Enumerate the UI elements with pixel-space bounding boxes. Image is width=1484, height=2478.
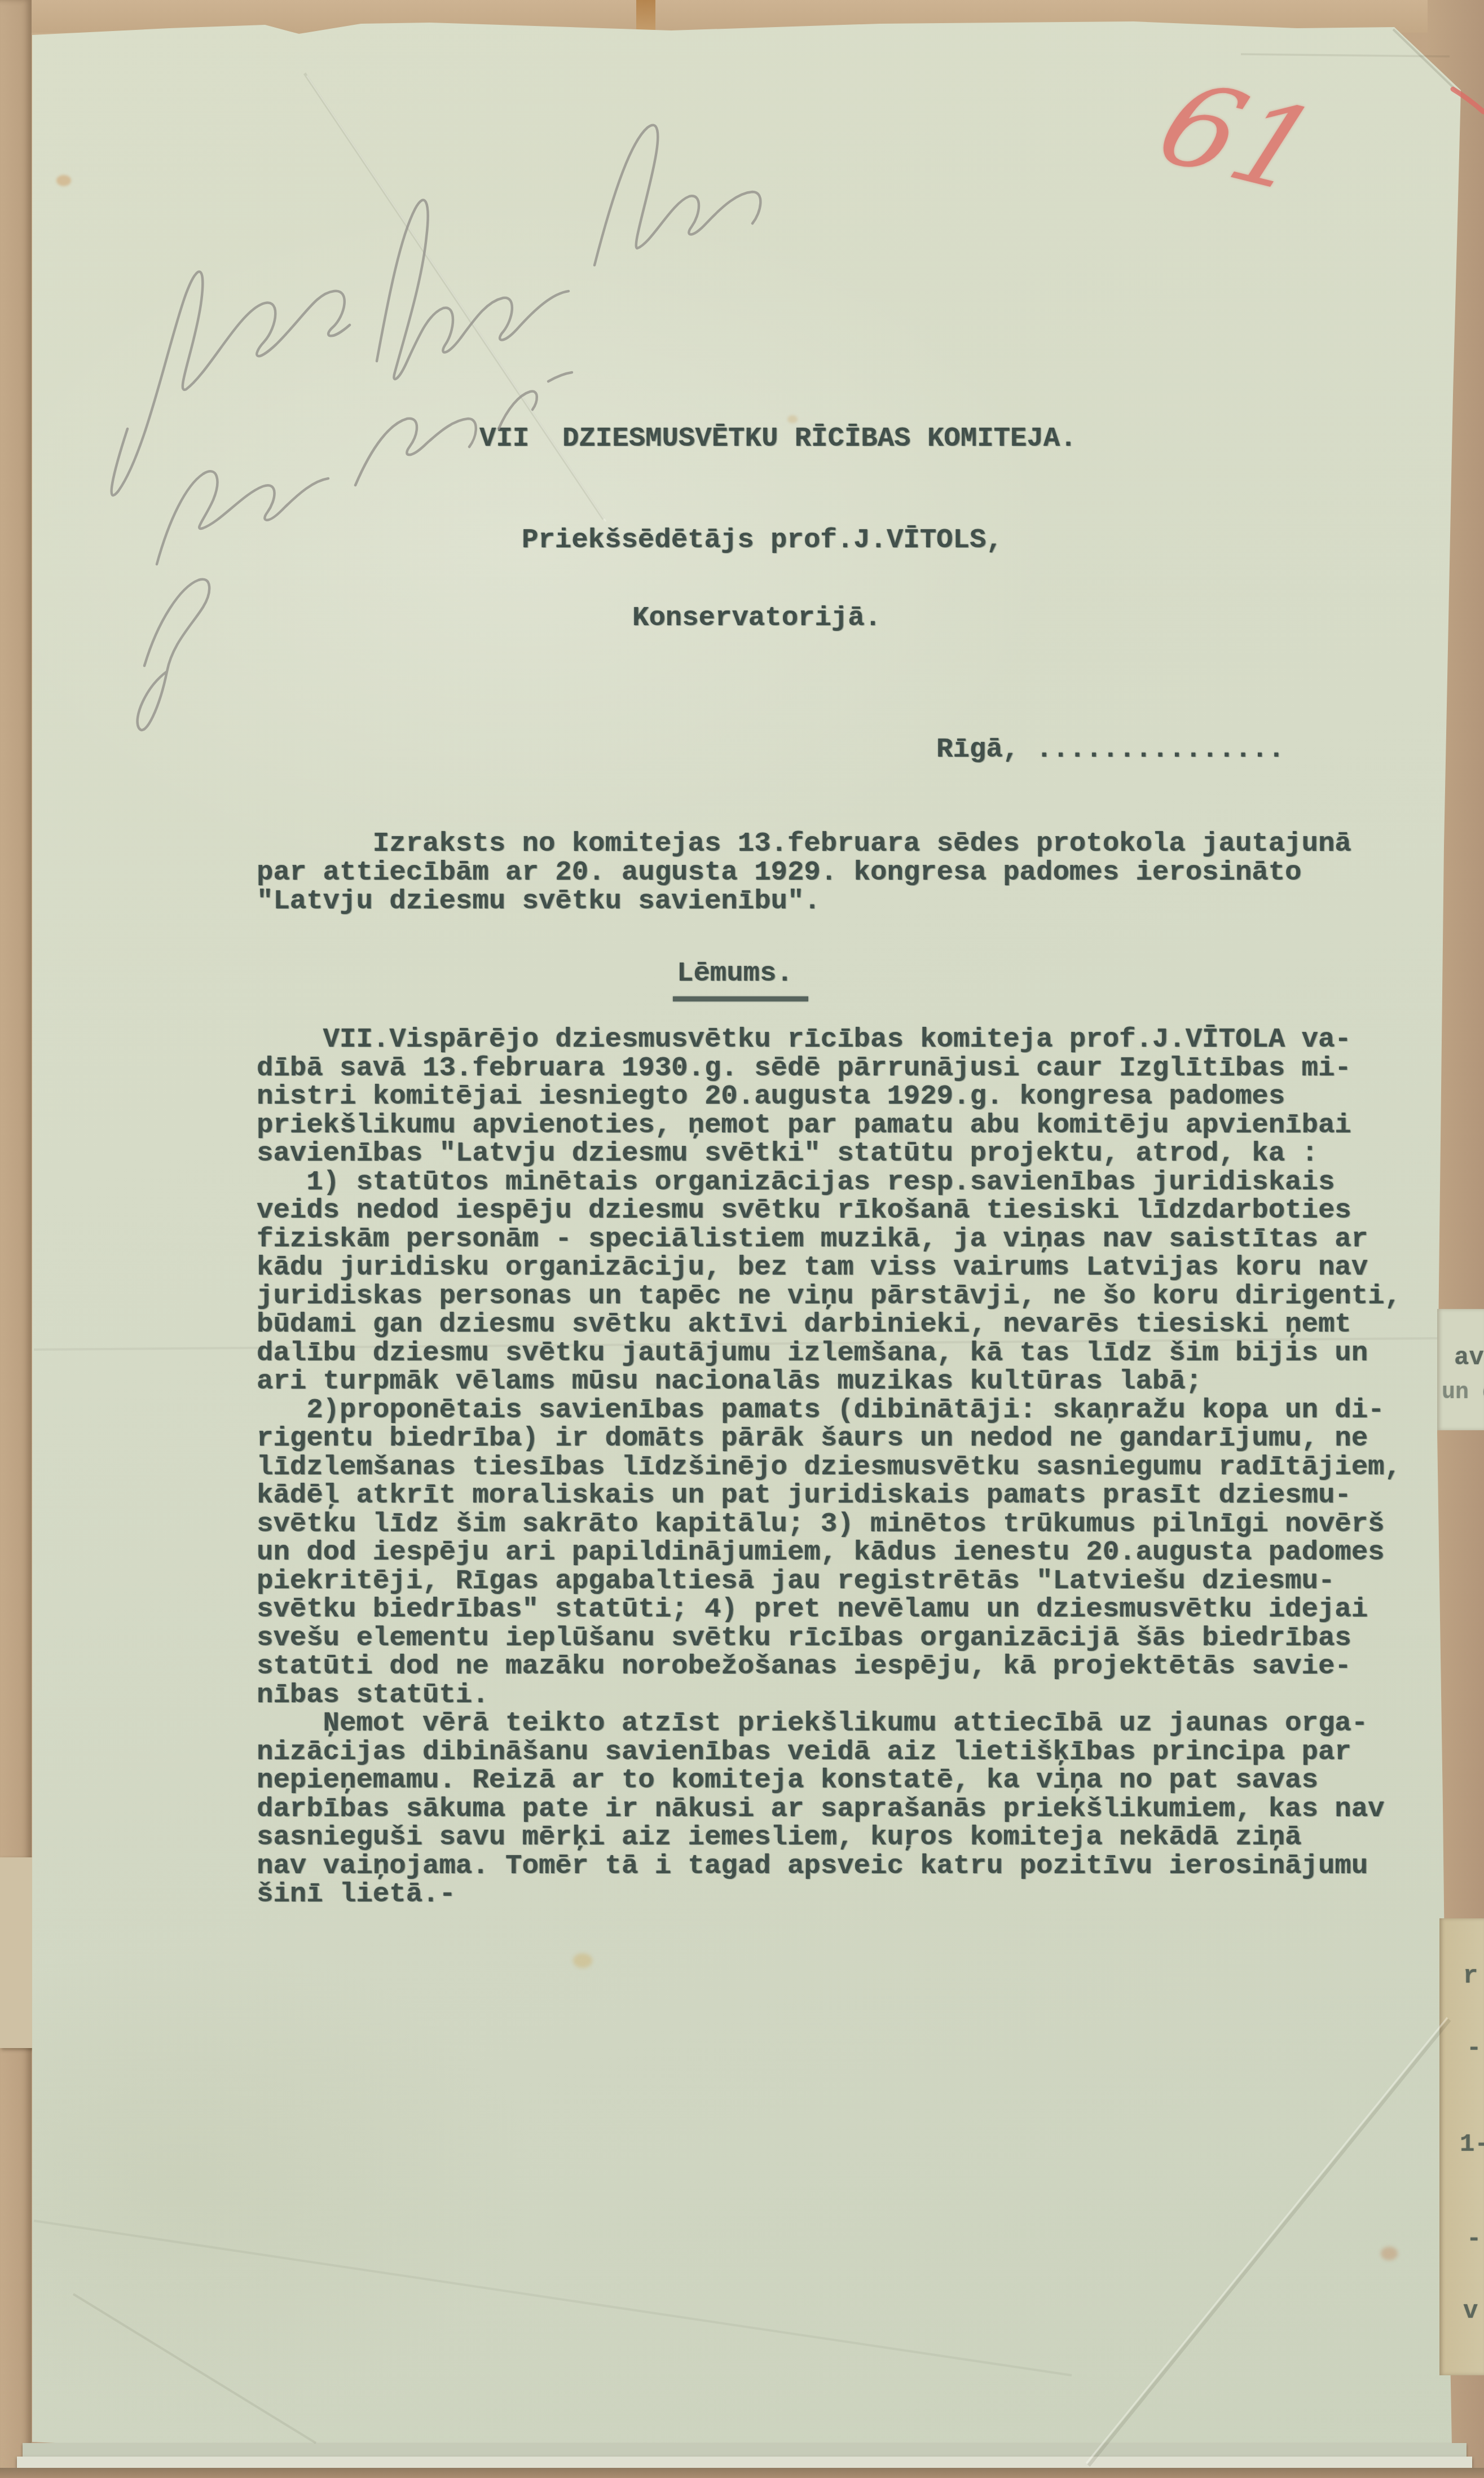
decision-heading-underline: [673, 996, 808, 1001]
dateline: Rīgā, ...............: [936, 735, 1285, 764]
paper-stain: [787, 415, 798, 423]
intro-paragraph: Izraksts no komitejas 13.februara sēdes …: [257, 829, 1351, 916]
decision-body: VII.Vispārējo dziesmusvētku rīcības komi…: [257, 1025, 1401, 1909]
edge-text-fragment: -: [1467, 2035, 1481, 2063]
paper-stain: [56, 175, 71, 186]
edge-text-fragment: r: [1463, 1962, 1478, 1991]
decision-heading: Lēmums.: [677, 959, 793, 988]
folder-stain-streak: [636, 0, 655, 32]
letter-page: VII DZIESMUSVĒTKU RĪCĪBAS KOMITEJA. Prie…: [0, 0, 1484, 2478]
edge-text-fragment: 1-: [1460, 2130, 1484, 2159]
edge-text-fragment: v: [1463, 2297, 1478, 2326]
stacked-sheet-edge: [17, 2457, 1472, 2469]
underlying-pages-left-edge: [0, 0, 32, 2478]
stacked-sheet-edge: [0, 2468, 1484, 2478]
location-line: Konservatorijā.: [632, 604, 881, 632]
committee-header: VII DZIESMUSVĒTKU RĪCĪBAS KOMITEJA.: [479, 424, 1077, 453]
edge-text-fragment: un di: [1442, 1380, 1484, 1405]
edge-text-fragment: av: [1454, 1344, 1484, 1372]
paper-stain: [1381, 2247, 1398, 2260]
document-scan: VII DZIESMUSVĒTKU RĪCĪBAS KOMITEJA. Prie…: [0, 0, 1484, 2478]
stacked-sheet-edge: [23, 2443, 1467, 2458]
chairman-line: Priekšsēdētājs prof.J.VĪTOLS,: [522, 526, 1003, 555]
edge-text-fragment: -: [1467, 2225, 1481, 2253]
paper-stain: [573, 1953, 592, 1968]
